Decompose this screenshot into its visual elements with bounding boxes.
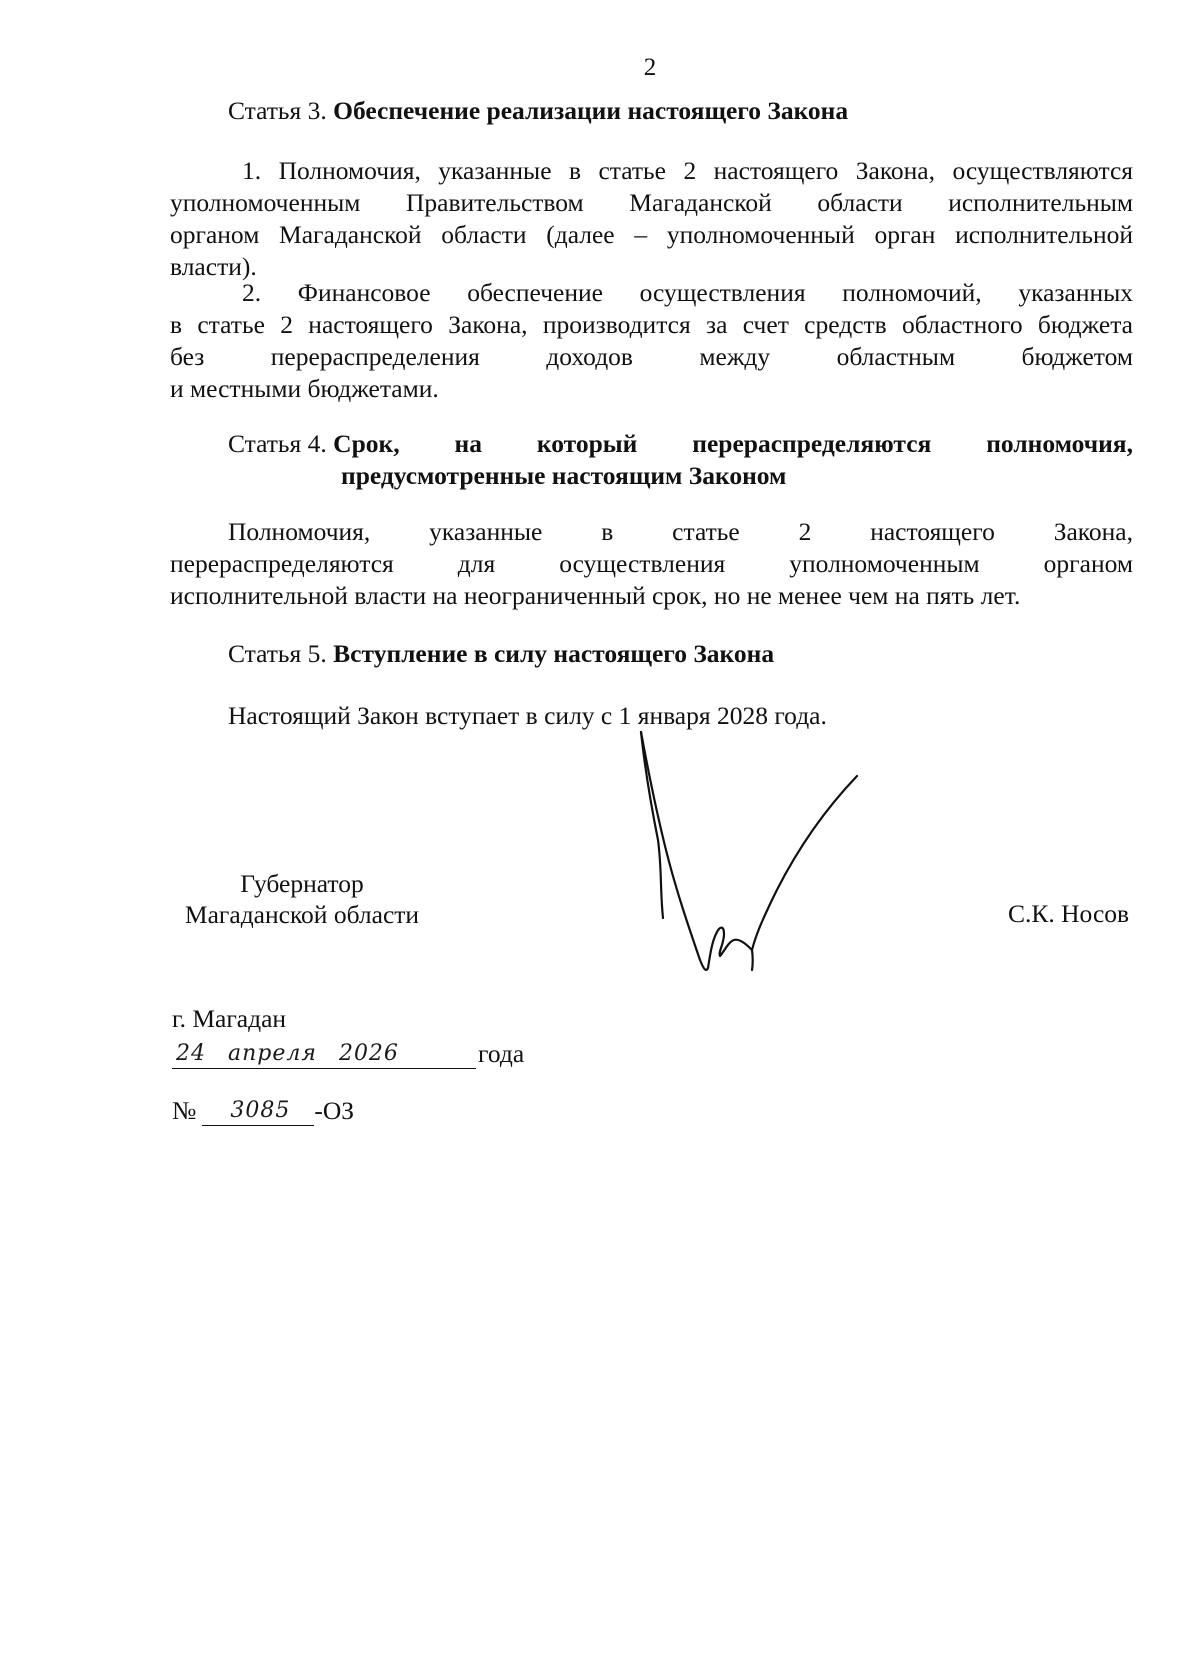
number-suffix: -ОЗ [314,1095,354,1126]
position-line: Губернатор [172,868,432,899]
article-5-heading: Статья 5. Вступление в силу настоящего З… [170,638,1191,670]
handwritten-number: 3085 [202,1097,314,1126]
text-line: Полномочия, указанные в статье 2 настоящ… [170,516,1133,548]
text-line: 1. Полномочия, указанные в статье 2 наст… [170,155,1133,187]
article-3-title: Обеспечение реализации настоящего Закона [333,96,848,125]
law-number-line: № 3085 -ОЗ [172,1092,354,1126]
text-line: 2. Финансовое обеспечение осуществления … [170,277,1133,309]
article-4-heading: Статья 4. Срок, на который перераспредел… [228,428,1133,492]
text-line: в статье 2 настоящего Закона, производит… [170,309,1133,341]
place: г. Магадан [172,1003,286,1034]
article-4-title-word: который [537,428,638,460]
article-4-label: Статья 4. [228,429,327,458]
article-3-label: Статья 3. [228,96,327,125]
text-line: без перераспределения доходов между обла… [170,341,1133,373]
text-line: органом Магаданской области (далее – упо… [170,219,1133,251]
handwritten-date: 24 апреля 2026 [172,1040,476,1069]
article-4-title-word: на [455,428,482,460]
signatory-name: С.К. Носов [1008,898,1129,929]
text-line: перераспределяются для осуществления упо… [170,548,1133,580]
article-4-title-continued: предусмотренные настоящим Законом [228,460,1133,492]
handwritten-signature-icon [620,720,880,990]
article-4-title-word: перераспределяются [692,428,931,460]
article-3-paragraph-2: 2. Финансовое обеспечение осуществления … [170,277,1133,405]
date-line: 24 апреля 2026 года [172,1035,524,1069]
article-4-title-word: Срок, [333,429,399,458]
signatory-position: Губернатор Магаданской области [172,868,432,930]
text-line: исполнительной власти на неограниченный … [170,580,1133,612]
number-prefix: № [172,1095,196,1126]
article-4-paragraph: Полномочия, указанные в статье 2 настоящ… [170,516,1133,612]
article-4-title-word: полномочия, [986,428,1133,460]
article-3-paragraph-1: 1. Полномочия, указанные в статье 2 наст… [170,155,1133,283]
article-5-label: Статья 5. [228,639,327,668]
article-3-heading: Статья 3. Обеспечение реализации настоящ… [170,95,1191,127]
date-suffix: года [478,1038,524,1069]
text-line: уполномоченным Правительством Магаданско… [170,187,1133,219]
text-line: и местными бюджетами. [170,373,1133,405]
position-line: Магаданской области [172,899,432,930]
page-number: 2 [0,54,1200,82]
article-5-title: Вступление в силу настоящего Закона [333,639,774,668]
